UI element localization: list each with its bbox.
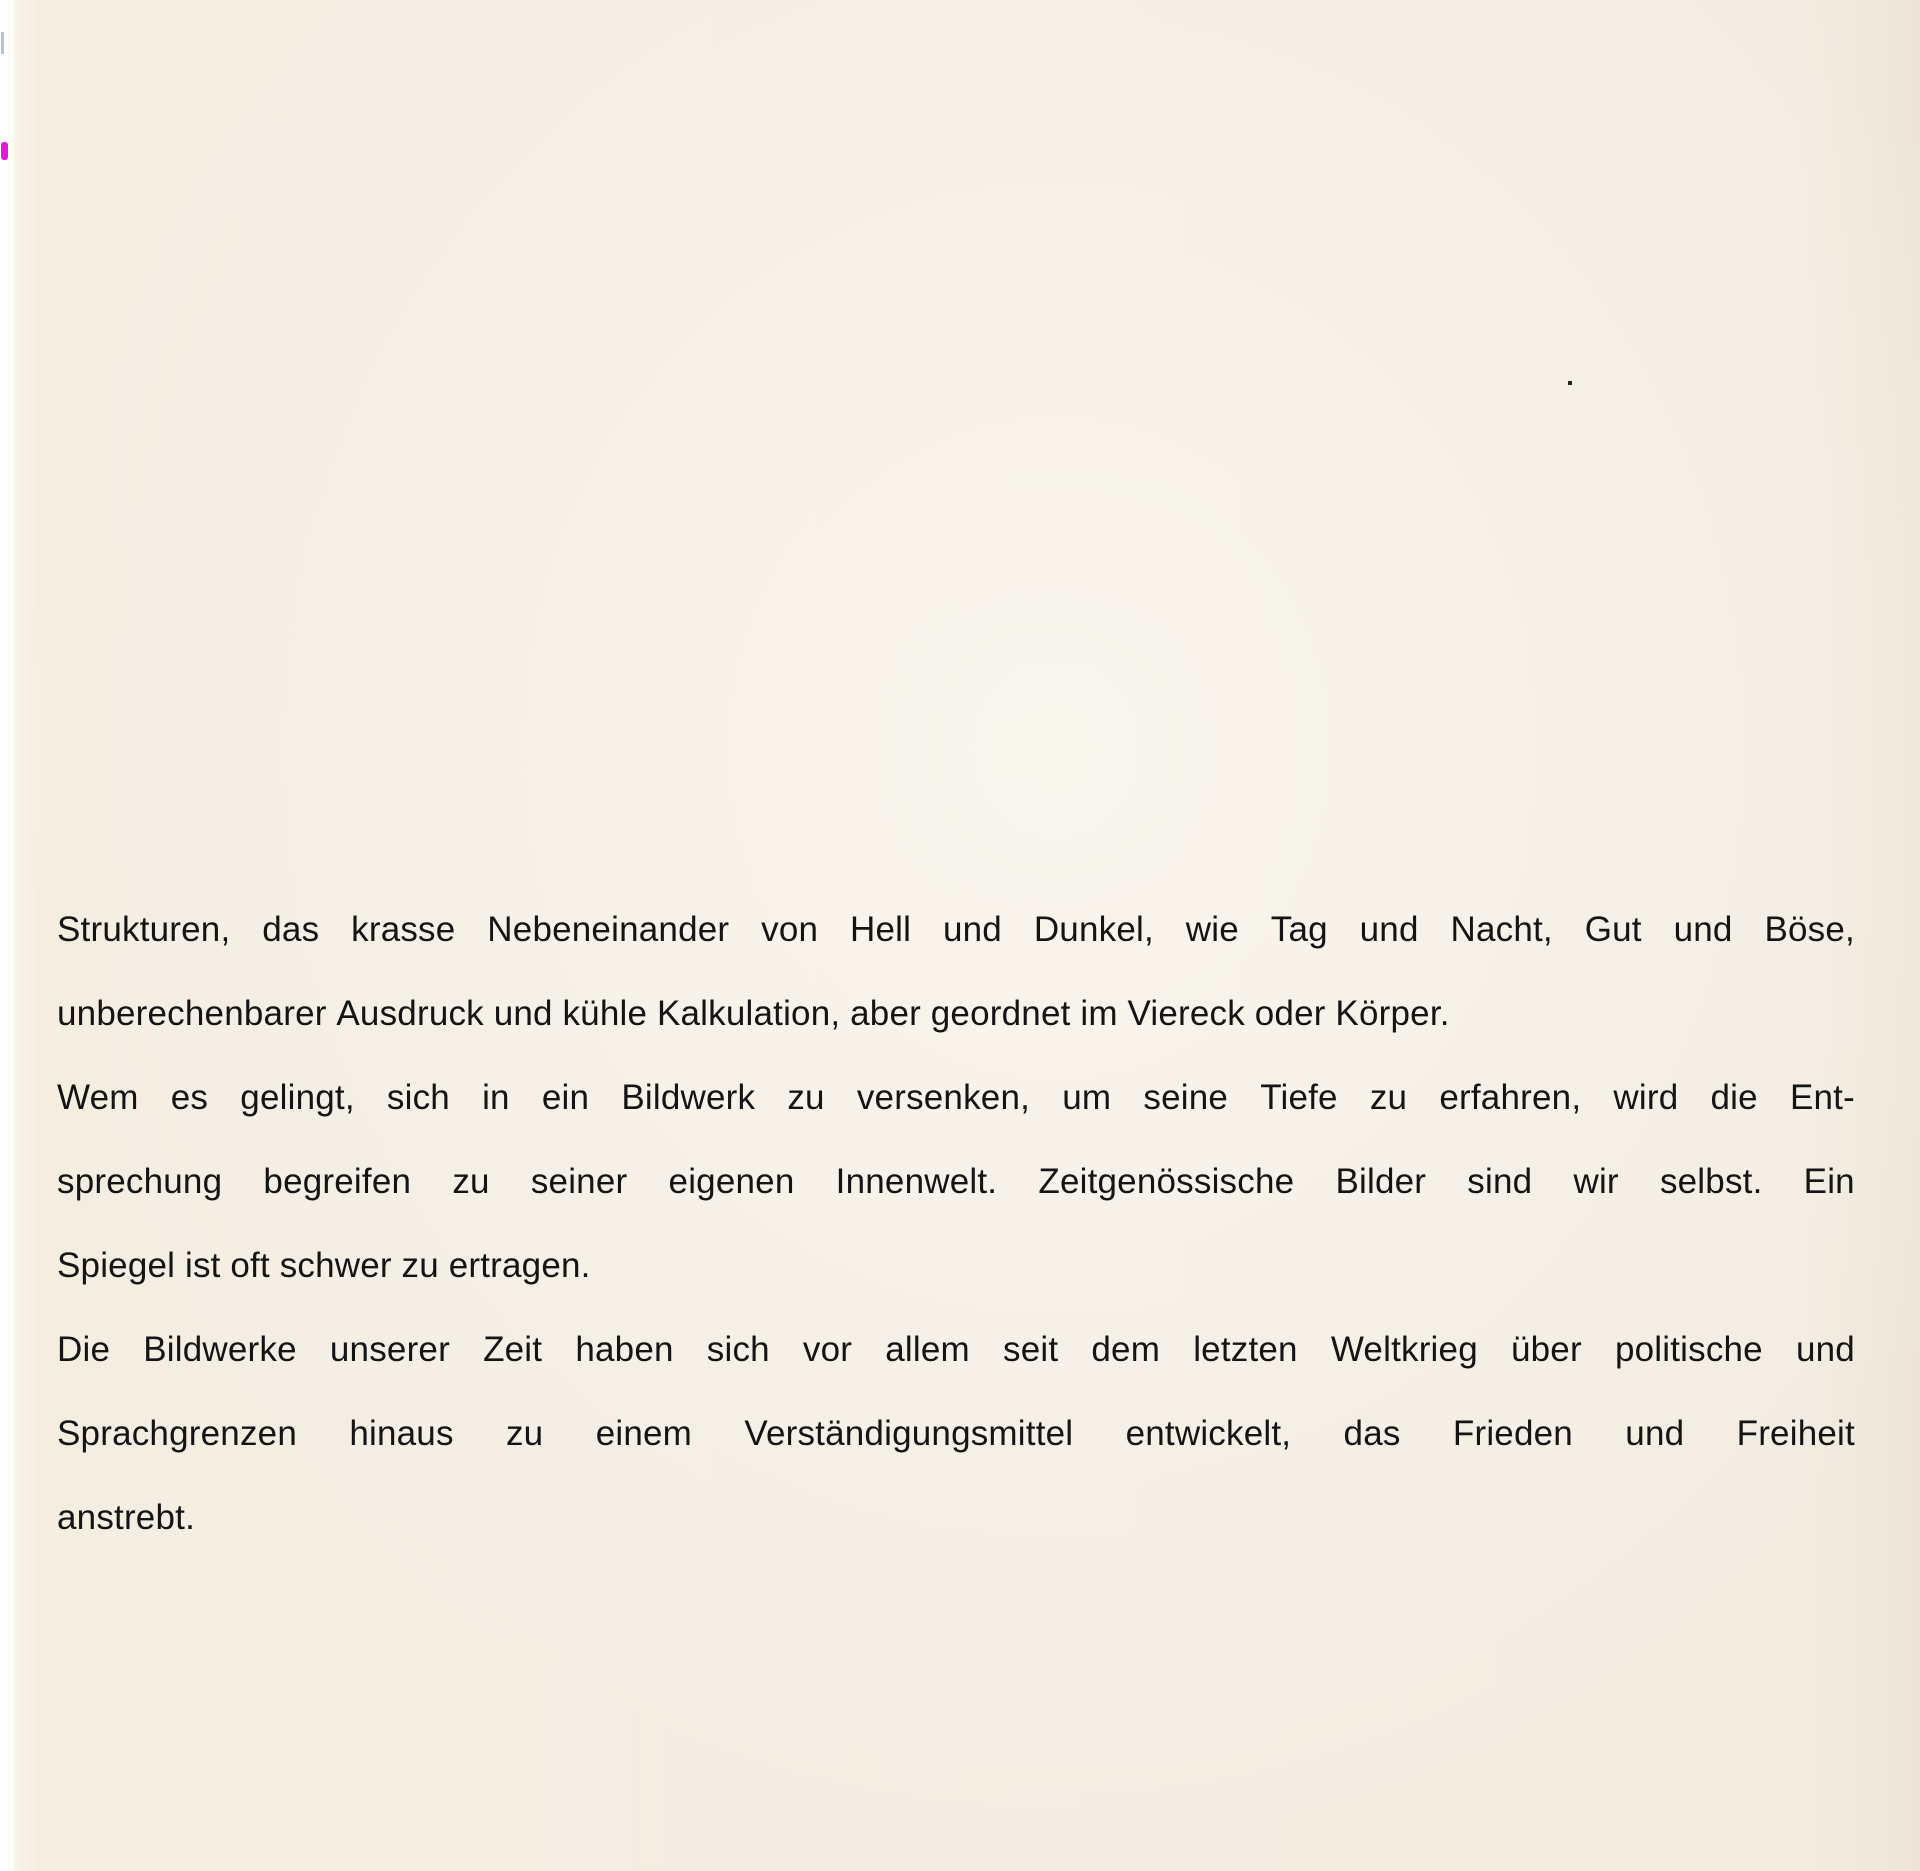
paragraph-1: Strukturen,daskrasseNebeneinandervonHell… <box>57 902 1855 1070</box>
word: Sprachgrenzen <box>57 1406 297 1490</box>
text-line: Strukturen,daskrasseNebeneinandervonHell… <box>57 902 1855 986</box>
word: von <box>761 902 818 986</box>
word: krasse <box>351 902 455 986</box>
word: haben <box>575 1322 673 1406</box>
word: die <box>1711 1070 1758 1154</box>
word: hinaus <box>349 1406 453 1490</box>
word: Ent- <box>1790 1070 1855 1154</box>
scan-artifact-magenta-mark <box>1 142 8 160</box>
word: in <box>482 1070 510 1154</box>
word: Die <box>57 1322 110 1406</box>
word: Hell <box>850 902 911 986</box>
body-text: Strukturen,daskrasseNebeneinandervonHell… <box>57 902 1855 1574</box>
word: oder <box>1255 986 1326 1070</box>
word: Bilder <box>1335 1154 1426 1238</box>
word: und <box>494 986 553 1070</box>
text-line: Wemesgelingt,sichineinBildwerkzuversenke… <box>57 1070 1855 1154</box>
word: oft <box>230 1238 270 1322</box>
text-line: SprachgrenzenhinauszueinemVerständigungs… <box>57 1406 1855 1490</box>
word: allem <box>885 1322 970 1406</box>
word: Körper. <box>1335 986 1449 1070</box>
word: das <box>1344 1406 1401 1490</box>
word: ertragen. <box>449 1238 591 1322</box>
word: im <box>1080 986 1117 1070</box>
word: begreifen <box>263 1154 411 1238</box>
word: es <box>171 1070 208 1154</box>
word: Zeitgenössische <box>1038 1154 1294 1238</box>
word: Kalkulation, <box>657 986 840 1070</box>
word: vor <box>803 1322 852 1406</box>
word: und <box>1674 902 1733 986</box>
word: anstrebt. <box>57 1490 195 1574</box>
word: und <box>1625 1406 1684 1490</box>
word: geordnet <box>931 986 1071 1070</box>
word: Bildwerk <box>621 1070 755 1154</box>
word: Innenwelt. <box>836 1154 998 1238</box>
word: über <box>1511 1322 1582 1406</box>
scan-artifact-blue-mark <box>1 32 4 54</box>
word: erfahren, <box>1439 1070 1581 1154</box>
word: zu <box>402 1238 439 1322</box>
word: sich <box>387 1070 450 1154</box>
word: unberechenbarer <box>57 986 327 1070</box>
word: dem <box>1091 1322 1160 1406</box>
word: Nacht, <box>1451 902 1553 986</box>
word: sind <box>1467 1154 1532 1238</box>
word: Ausdruck <box>336 986 484 1070</box>
word: zu <box>452 1154 489 1238</box>
word: unserer <box>330 1322 450 1406</box>
word: politische <box>1615 1322 1763 1406</box>
scanned-page: Strukturen,daskrasseNebeneinandervonHell… <box>0 0 1920 1871</box>
text-line: Spiegelistoftschwerzuertragen. <box>57 1238 1855 1322</box>
word: sprechung <box>57 1154 222 1238</box>
word: Zeit <box>483 1322 542 1406</box>
word: Wem <box>57 1070 139 1154</box>
word: ist <box>185 1238 221 1322</box>
word: seiner <box>531 1154 628 1238</box>
word: entwickelt, <box>1126 1406 1292 1490</box>
word: wir <box>1573 1154 1618 1238</box>
word: einem <box>596 1406 692 1490</box>
word: und <box>1360 902 1419 986</box>
word: zu <box>787 1070 824 1154</box>
word: und <box>943 902 1002 986</box>
word: ein <box>542 1070 589 1154</box>
text-line: anstrebt. <box>57 1490 1855 1574</box>
word: aber <box>850 986 921 1070</box>
word: wie <box>1186 902 1239 986</box>
paragraph-2: Wemesgelingt,sichineinBildwerkzuversenke… <box>57 1070 1855 1322</box>
word: das <box>262 902 319 986</box>
word: Bildwerke <box>143 1322 297 1406</box>
word: schwer <box>280 1238 392 1322</box>
word: sich <box>707 1322 770 1406</box>
word: und <box>1796 1322 1855 1406</box>
word: letzten <box>1193 1322 1298 1406</box>
word: Freiheit <box>1737 1406 1855 1490</box>
text-line: DieBildwerkeunsererZeithabensichvorallem… <box>57 1322 1855 1406</box>
word: Gut <box>1585 902 1642 986</box>
word: Spiegel <box>57 1238 175 1322</box>
word: Verständigungsmittel <box>744 1406 1073 1490</box>
word: Böse, <box>1764 902 1855 986</box>
text-line: sprechungbegreifenzuseinereigenenInnenwe… <box>57 1154 1855 1238</box>
page-edge <box>0 0 14 1871</box>
word: gelingt, <box>240 1070 354 1154</box>
word: selbst. <box>1660 1154 1763 1238</box>
word: kühle <box>562 986 647 1070</box>
word: wird <box>1613 1070 1678 1154</box>
word: Viereck <box>1127 986 1244 1070</box>
word: eigenen <box>669 1154 795 1238</box>
word: Weltkrieg <box>1331 1322 1478 1406</box>
word: um <box>1062 1070 1111 1154</box>
word: Frieden <box>1453 1406 1573 1490</box>
word: versenken, <box>857 1070 1030 1154</box>
word: Dunkel, <box>1034 902 1154 986</box>
word: seit <box>1003 1322 1058 1406</box>
word: Strukturen, <box>57 902 230 986</box>
word: seine <box>1143 1070 1228 1154</box>
text-line: unberechenbarerAusdruckundkühleKalkulati… <box>57 986 1855 1070</box>
paragraph-3: DieBildwerkeunsererZeithabensichvorallem… <box>57 1322 1855 1574</box>
word: zu <box>506 1406 543 1490</box>
word: Tag <box>1271 902 1328 986</box>
word: Nebeneinander <box>487 902 729 986</box>
scan-speck <box>1568 381 1572 385</box>
word: Tiefe <box>1260 1070 1338 1154</box>
word: zu <box>1370 1070 1407 1154</box>
word: Ein <box>1804 1154 1855 1238</box>
